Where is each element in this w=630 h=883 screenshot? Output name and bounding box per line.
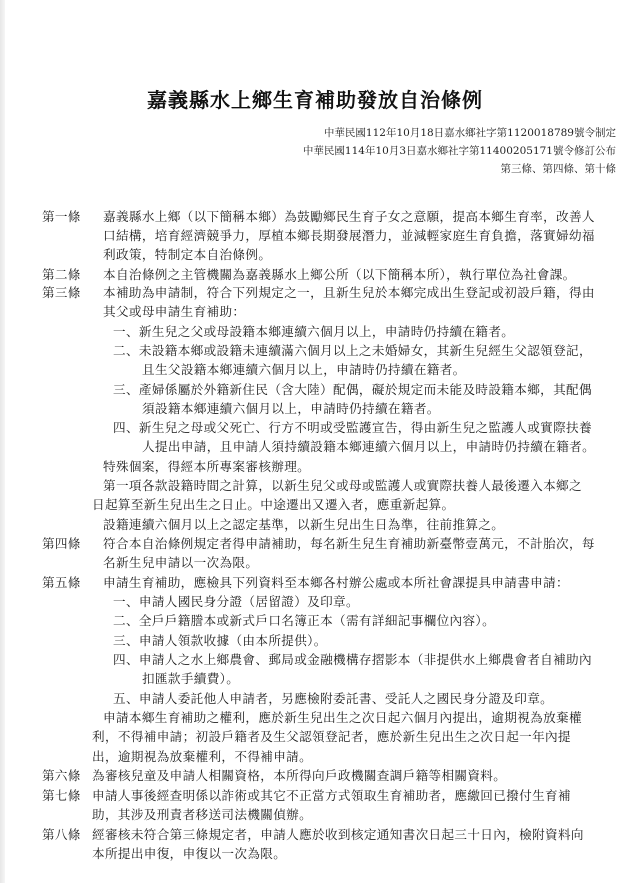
article-1-line: 口結構，培育經濟競爭力，厚植本鄉長期發展潛力，並減輕家庭生育負擔，落實婦幼福 <box>103 225 595 244</box>
article-4-line: 符合本自治條例規定者得申請補助，每名新生兒生育補助新臺幣壹萬元，不計胎次，每 <box>103 533 595 552</box>
article-5-line: 利，不得補申請；初設戶籍者及生父認領登記者，應於新生兒出生之次日起一年內提 <box>92 726 571 745</box>
article-2-line: 本自治條例之主管機關為嘉義縣水上鄉公所（以下簡稱本所），執行單位為社會課。 <box>103 264 576 283</box>
article-label-7: 第七條 <box>42 785 81 804</box>
amendment-note: 中華民國114年10月3日嘉水鄉社字第11400205171號令修訂公布 <box>303 143 616 158</box>
article-5-item: 二、全戶戶籍謄本或新式戶口名簿正本（需有詳細記事欄位內容）。 <box>113 610 495 629</box>
article-3-item-cont: 且生父設籍本鄉連續六個月以上，申請時仍持續在籍者。 <box>142 359 466 378</box>
article-7-line: 申請人事後經查明係以詐術或其它不正當方式領取生育補助者，應繳回已撥付生育補 <box>92 785 571 804</box>
article-label-4: 第四條 <box>42 533 81 552</box>
article-3-line: 設籍連續六個月以上之認定基準，以新生兒出生日為準，往前推算之。 <box>103 514 504 533</box>
article-5-item: 五、申請人委託他人申請者，另應檢附委託書、受託人之國民身分證及印章。 <box>113 688 553 707</box>
article-3-item: 二、未設籍本鄉或設籍未連續滿六個月以上之未婚婦女，其新生兒經生父認領登記， <box>113 340 592 359</box>
article-4-line: 名新生兒申請以一次為限。 <box>103 552 258 571</box>
article-3-line: 其父或母申請生育補助： <box>103 301 245 320</box>
article-1-line: 利政策，特制定本自治條例。 <box>103 244 271 263</box>
article-label-5: 第五條 <box>42 572 81 591</box>
article-8-line: 經審核未符合第三條規定者，申請人應於收到核定通知書次日起三十日內，檢附資料向 <box>92 824 584 843</box>
article-label-2: 第二條 <box>42 264 81 283</box>
article-5-line: 申請生育補助，應檢具下列資料至本鄉各村辦公處或本所社會課提具申請書申請： <box>103 572 569 591</box>
article-label-1: 第一條 <box>42 206 81 225</box>
scan-edge <box>0 0 5 883</box>
article-3-item-cont: 人提出申請，且申請人須持續設籍本鄉連續六個月以上，申請時仍持續在籍者。 <box>142 436 595 455</box>
article-3-item: 一、新生兒之父或母設籍本鄉連續六個月以上，申請時仍持續在籍者。 <box>113 321 514 340</box>
article-3-item: 三、產婦係屬於外籍新住民（含大陸）配偶，礙於規定而未能及時設籍本鄉，其配偶 <box>113 379 592 398</box>
article-1-line: 嘉義縣水上鄉（以下簡稱本鄉）為鼓勵鄉民生育子女之意願，提高本鄉生育率，改善人 <box>103 206 595 225</box>
article-3-item: 四、新生兒之母或父死亡、行方不明或受監護宣告，得由新生兒之監護人或實際扶養 <box>113 417 592 436</box>
article-3-line: 特殊個案，得經本所專案審核辦理。 <box>103 456 310 475</box>
article-label-8: 第八條 <box>42 824 81 843</box>
article-label-6: 第六條 <box>42 765 81 784</box>
document-title: 嘉義縣水上鄉生育補助發放自治條例 <box>0 84 630 113</box>
article-6-line: 為審核兒童及申請人相關資格，本所得向戶政機關查調戶籍等相關資料。 <box>92 765 506 784</box>
article-5-item: 一、申請人國民身分證（居留證）及印章。 <box>113 591 359 610</box>
article-7-line: 助，其涉及刑責者移送司法機關偵辦。 <box>92 804 312 823</box>
article-3-line: 第一項各款設籍時間之計算，以新生兒父或母或監護人或實際扶養人最後遷入本鄉之 <box>103 475 582 494</box>
article-3-line: 日起算至新生兒出生之日止。中途遷出又遷入者，應重新起算。 <box>92 494 454 513</box>
article-5-line: 出，逾期視為放棄權利，不得補申請。 <box>92 746 312 765</box>
article-8-line: 本所提出申復，申復以一次為限。 <box>92 843 286 862</box>
enactment-note: 中華民國112年10月18日嘉水鄉社字第1120018789號令制定 <box>324 125 616 140</box>
article-5-item-cont: 扣匯款手續費）。 <box>142 668 239 687</box>
article-label-3: 第三條 <box>42 282 81 301</box>
article-5-item: 三、申請人領款收據（由本所提供）。 <box>113 630 327 649</box>
amended-articles-note: 第三條、第四條、第十條 <box>501 161 617 176</box>
article-3-item-cont: 須設籍本鄉連續六個月以上，申請時仍持續在籍者。 <box>142 398 440 417</box>
article-5-item: 四、申請人之水上鄉農會、郵局或金融機構存摺影本（非提供水上鄉農會者自補助內 <box>113 649 592 668</box>
article-3-line: 本補助為申請制，符合下列規定之一，且新生兒於本鄉完成出生登記或初設戶籍，得由 <box>103 282 595 301</box>
article-5-line: 申請本鄉生育補助之權利，應於新生兒出生之次日起六個月內提出，逾期視為放棄權 <box>103 707 582 726</box>
